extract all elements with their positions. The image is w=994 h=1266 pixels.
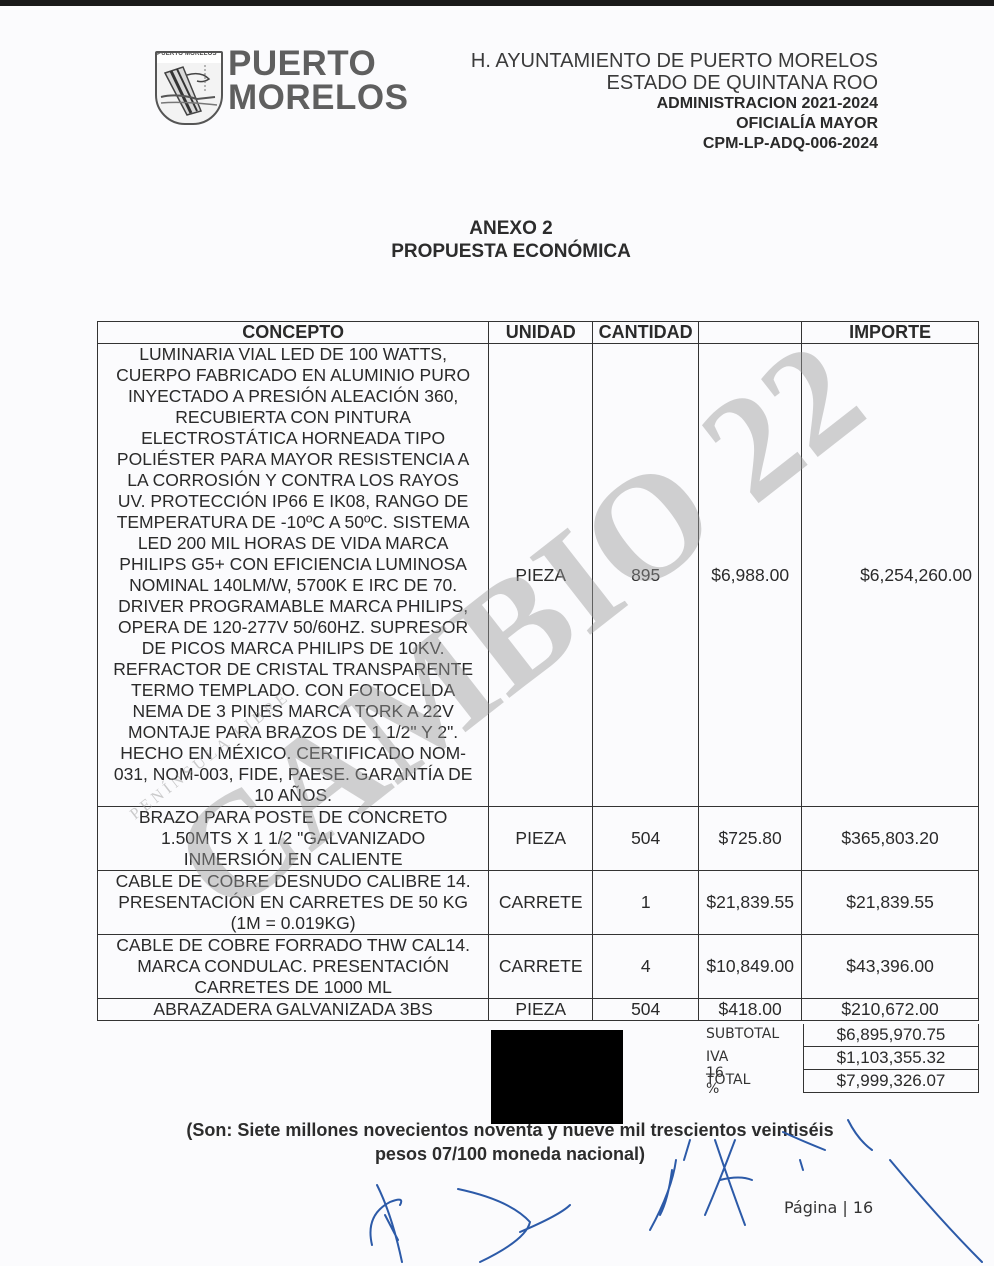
table-row: BRAZO PARA POSTE DE CONCRETO 1.50MTS X 1… — [98, 807, 979, 871]
cell-importe: $43,396.00 — [802, 935, 979, 999]
cell-importe: $6,254,260.00 — [802, 344, 979, 807]
cell-precio: $6,988.00 — [699, 344, 802, 807]
header-concepto: CONCEPTO — [98, 322, 489, 344]
municipal-shield-icon: PUERTO MORELOS — [155, 51, 223, 125]
cell-precio: $10,849.00 — [699, 935, 802, 999]
cell-concepto: CABLE DE COBRE DESNUDO CALIBRE 14. PRESE… — [98, 871, 489, 935]
annex-subtitle: PROPUESTA ECONÓMICA — [0, 240, 994, 263]
top-edge-bar — [0, 0, 994, 6]
header-unidad: UNIDAD — [489, 322, 593, 344]
document-title: ANEXO 2 PROPUESTA ECONÓMICA — [0, 217, 994, 263]
logo-caption: PUERTO MORELOS — [157, 51, 217, 57]
cell-precio: $725.80 — [699, 807, 802, 871]
header-estado: ESTADO DE QUINTANA ROO — [471, 72, 878, 94]
cell-importe: $21,839.55 — [802, 871, 979, 935]
cell-unidad: PIEZA — [489, 999, 593, 1021]
table-row: ABRAZADERA GALVANIZADA 3BS PIEZA 504 $41… — [98, 999, 979, 1021]
cell-cantidad: 4 — [593, 935, 699, 999]
logo-word-puerto: PUERTO — [228, 47, 376, 81]
cell-unidad: PIEZA — [489, 344, 593, 807]
table-row: CABLE DE COBRE FORRADO THW CAL14. MARCA … — [98, 935, 979, 999]
logo-word-morelos: MORELOS — [228, 81, 408, 115]
iva-value: $1,103,355.32 — [803, 1047, 979, 1070]
subtotal-value: $6,895,970.75 — [803, 1024, 979, 1047]
cell-concepto: ABRAZADERA GALVANIZADA 3BS — [98, 999, 489, 1021]
cell-precio: $418.00 — [699, 999, 802, 1021]
cell-cantidad: 504 — [593, 807, 699, 871]
header-reference-code: CPM-LP-ADQ-006-2024 — [471, 134, 878, 154]
cell-cantidad: 1 — [593, 871, 699, 935]
page-number: Página | 16 — [784, 1198, 873, 1217]
total-label: TOTAL — [706, 1072, 750, 1088]
header-ayuntamiento: H. AYUNTAMIENTO DE PUERTO MORELOS — [471, 50, 878, 72]
cell-importe: $365,803.20 — [802, 807, 979, 871]
cell-concepto: CABLE DE COBRE FORRADO THW CAL14. MARCA … — [98, 935, 489, 999]
redaction-box — [491, 1030, 623, 1124]
municipality-logo: PUERTO MORELOS PUERTO MORELOS — [153, 45, 398, 125]
cell-importe: $210,672.00 — [802, 999, 979, 1021]
cell-unidad: CARRETE — [489, 935, 593, 999]
cell-cantidad: 504 — [593, 999, 699, 1021]
cell-concepto: LUMINARIA VIAL LED DE 100 WATTS, CUERPO … — [98, 344, 489, 807]
header-precio — [699, 322, 802, 344]
cell-unidad: CARRETE — [489, 871, 593, 935]
annex-title: ANEXO 2 — [0, 217, 994, 240]
cell-cantidad: 895 — [593, 344, 699, 807]
cell-unidad: PIEZA — [489, 807, 593, 871]
amount-in-words: (Son: Siete millones novecientos noventa… — [0, 1118, 994, 1166]
cell-concepto: BRAZO PARA POSTE DE CONCRETO 1.50MTS X 1… — [98, 807, 489, 871]
economic-proposal-table: CONCEPTO UNIDAD CANTIDAD IMPORTE LUMINAR… — [97, 321, 979, 1021]
cell-precio: $21,839.55 — [699, 871, 802, 935]
table-row: CABLE DE COBRE DESNUDO CALIBRE 14. PRESE… — [98, 871, 979, 935]
header-administracion: ADMINISTRACION 2021-2024 — [471, 94, 878, 114]
header-cantidad: CANTIDAD — [593, 322, 699, 344]
table-header-row: CONCEPTO UNIDAD CANTIDAD IMPORTE — [98, 322, 979, 344]
header-oficialia: OFICIALÍA MAYOR — [471, 114, 878, 134]
table-row: LUMINARIA VIAL LED DE 100 WATTS, CUERPO … — [98, 344, 979, 807]
organization-header: H. AYUNTAMIENTO DE PUERTO MORELOS ESTADO… — [471, 50, 878, 154]
amount-in-words-line2: pesos 07/100 moneda nacional) — [0, 1142, 994, 1166]
total-value: $7,999,326.07 — [803, 1070, 979, 1093]
header-importe: IMPORTE — [802, 322, 979, 344]
subtotal-label: SUBTOTAL — [706, 1026, 779, 1042]
